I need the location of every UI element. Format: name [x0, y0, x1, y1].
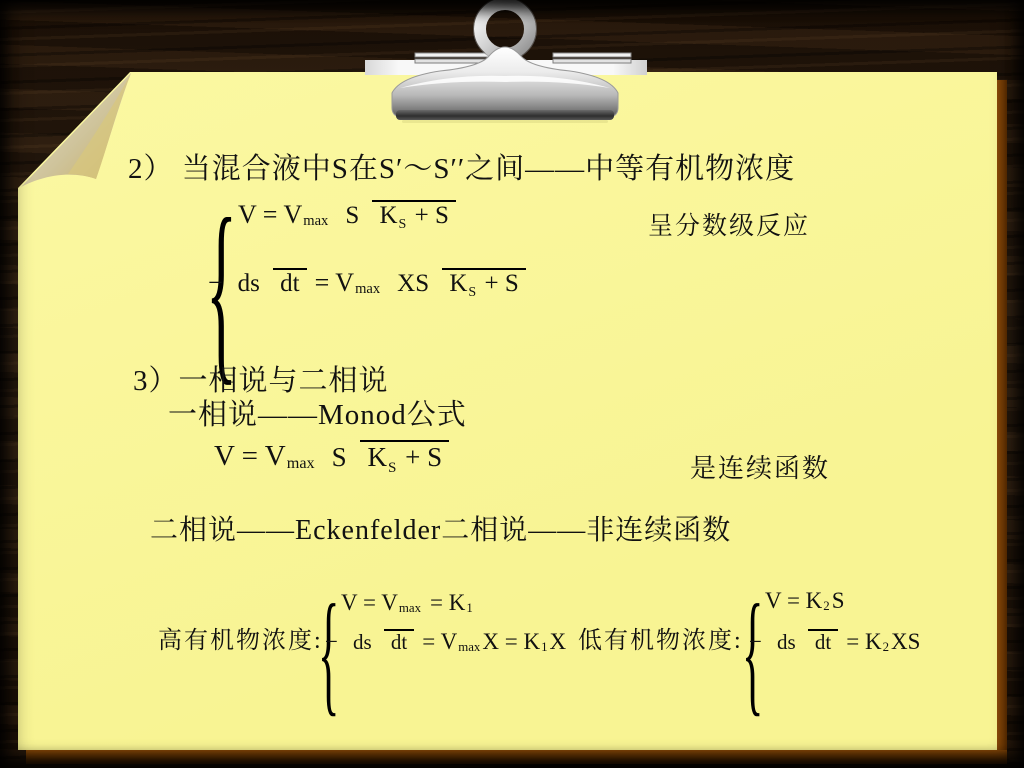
math-token: dt	[273, 268, 306, 298]
annotation-continuous: 是连续函数	[690, 448, 830, 485]
math-token: S	[832, 588, 845, 614]
equation-mixed-row2: − ds dt = Vmax XS KS + S	[208, 268, 534, 298]
fraction: XS KS + S	[390, 268, 526, 298]
math-token: = V	[315, 268, 354, 298]
math-token: ds	[346, 631, 379, 655]
clip-bottom-lip	[396, 110, 614, 120]
fraction: S KS + S	[325, 440, 449, 472]
annotation-fractional-order: 呈分数级反应	[648, 206, 810, 242]
math-token: ds	[231, 270, 267, 298]
fraction: ds dt	[231, 268, 307, 298]
math-token: V = V	[214, 440, 286, 473]
math-token: = V	[422, 629, 457, 655]
math-token: dt	[808, 629, 838, 655]
note-edge-bottom	[26, 750, 1007, 764]
math-token: dt	[384, 629, 414, 655]
math-token: V = K	[765, 588, 822, 614]
equation-high-row1: V = Vmax = K1	[341, 590, 475, 616]
metal-clip	[360, 0, 650, 132]
equation-low-row1: V = K2 S	[765, 588, 845, 614]
label-high-concentration: 高有机物浓度:	[158, 620, 323, 655]
equation-low-row2: − ds dt = K2 XS	[749, 629, 920, 655]
math-token: KS + S	[442, 268, 525, 298]
fraction: S KS + S	[338, 200, 456, 230]
math-token: X = K	[482, 629, 540, 655]
math-token: −	[325, 629, 338, 655]
equation-monod: V = Vmax S KS + S	[214, 440, 457, 473]
math-token: −	[208, 268, 223, 298]
slide-canvas: 2） 当混合液中S在S′～S′′之间——中等有机物浓度 { V = Vmax S…	[0, 0, 1024, 768]
note-edge-right	[997, 80, 1007, 756]
math-token: = K	[846, 629, 881, 655]
math-token: KS + S	[360, 440, 449, 472]
fraction: ds dt	[346, 629, 414, 655]
math-token: V = V	[341, 590, 398, 616]
math-token: X	[550, 629, 567, 655]
math-token: −	[749, 629, 762, 655]
math-token: = K	[430, 590, 465, 616]
equation-mixed-row1: V = Vmax S KS + S	[238, 200, 464, 230]
math-token: S	[325, 442, 354, 472]
fraction: ds dt	[770, 629, 838, 655]
monod-line: 一相说——Monod公式	[168, 392, 467, 433]
math-token: XS	[390, 270, 436, 298]
label-low-concentration: 低有机物浓度:	[578, 620, 743, 655]
equation-high-row2: − ds dt = Vmax X = K1 X	[325, 629, 566, 655]
clip-handle-right	[553, 53, 631, 63]
math-token: ds	[770, 631, 803, 655]
math-token: V = V	[238, 200, 302, 230]
math-token: XS	[891, 629, 920, 655]
math-token: KS + S	[372, 200, 455, 230]
math-token: S	[338, 202, 366, 230]
two-phase-line: 二相说——Eckenfelder二相说——非连续函数	[150, 508, 731, 548]
